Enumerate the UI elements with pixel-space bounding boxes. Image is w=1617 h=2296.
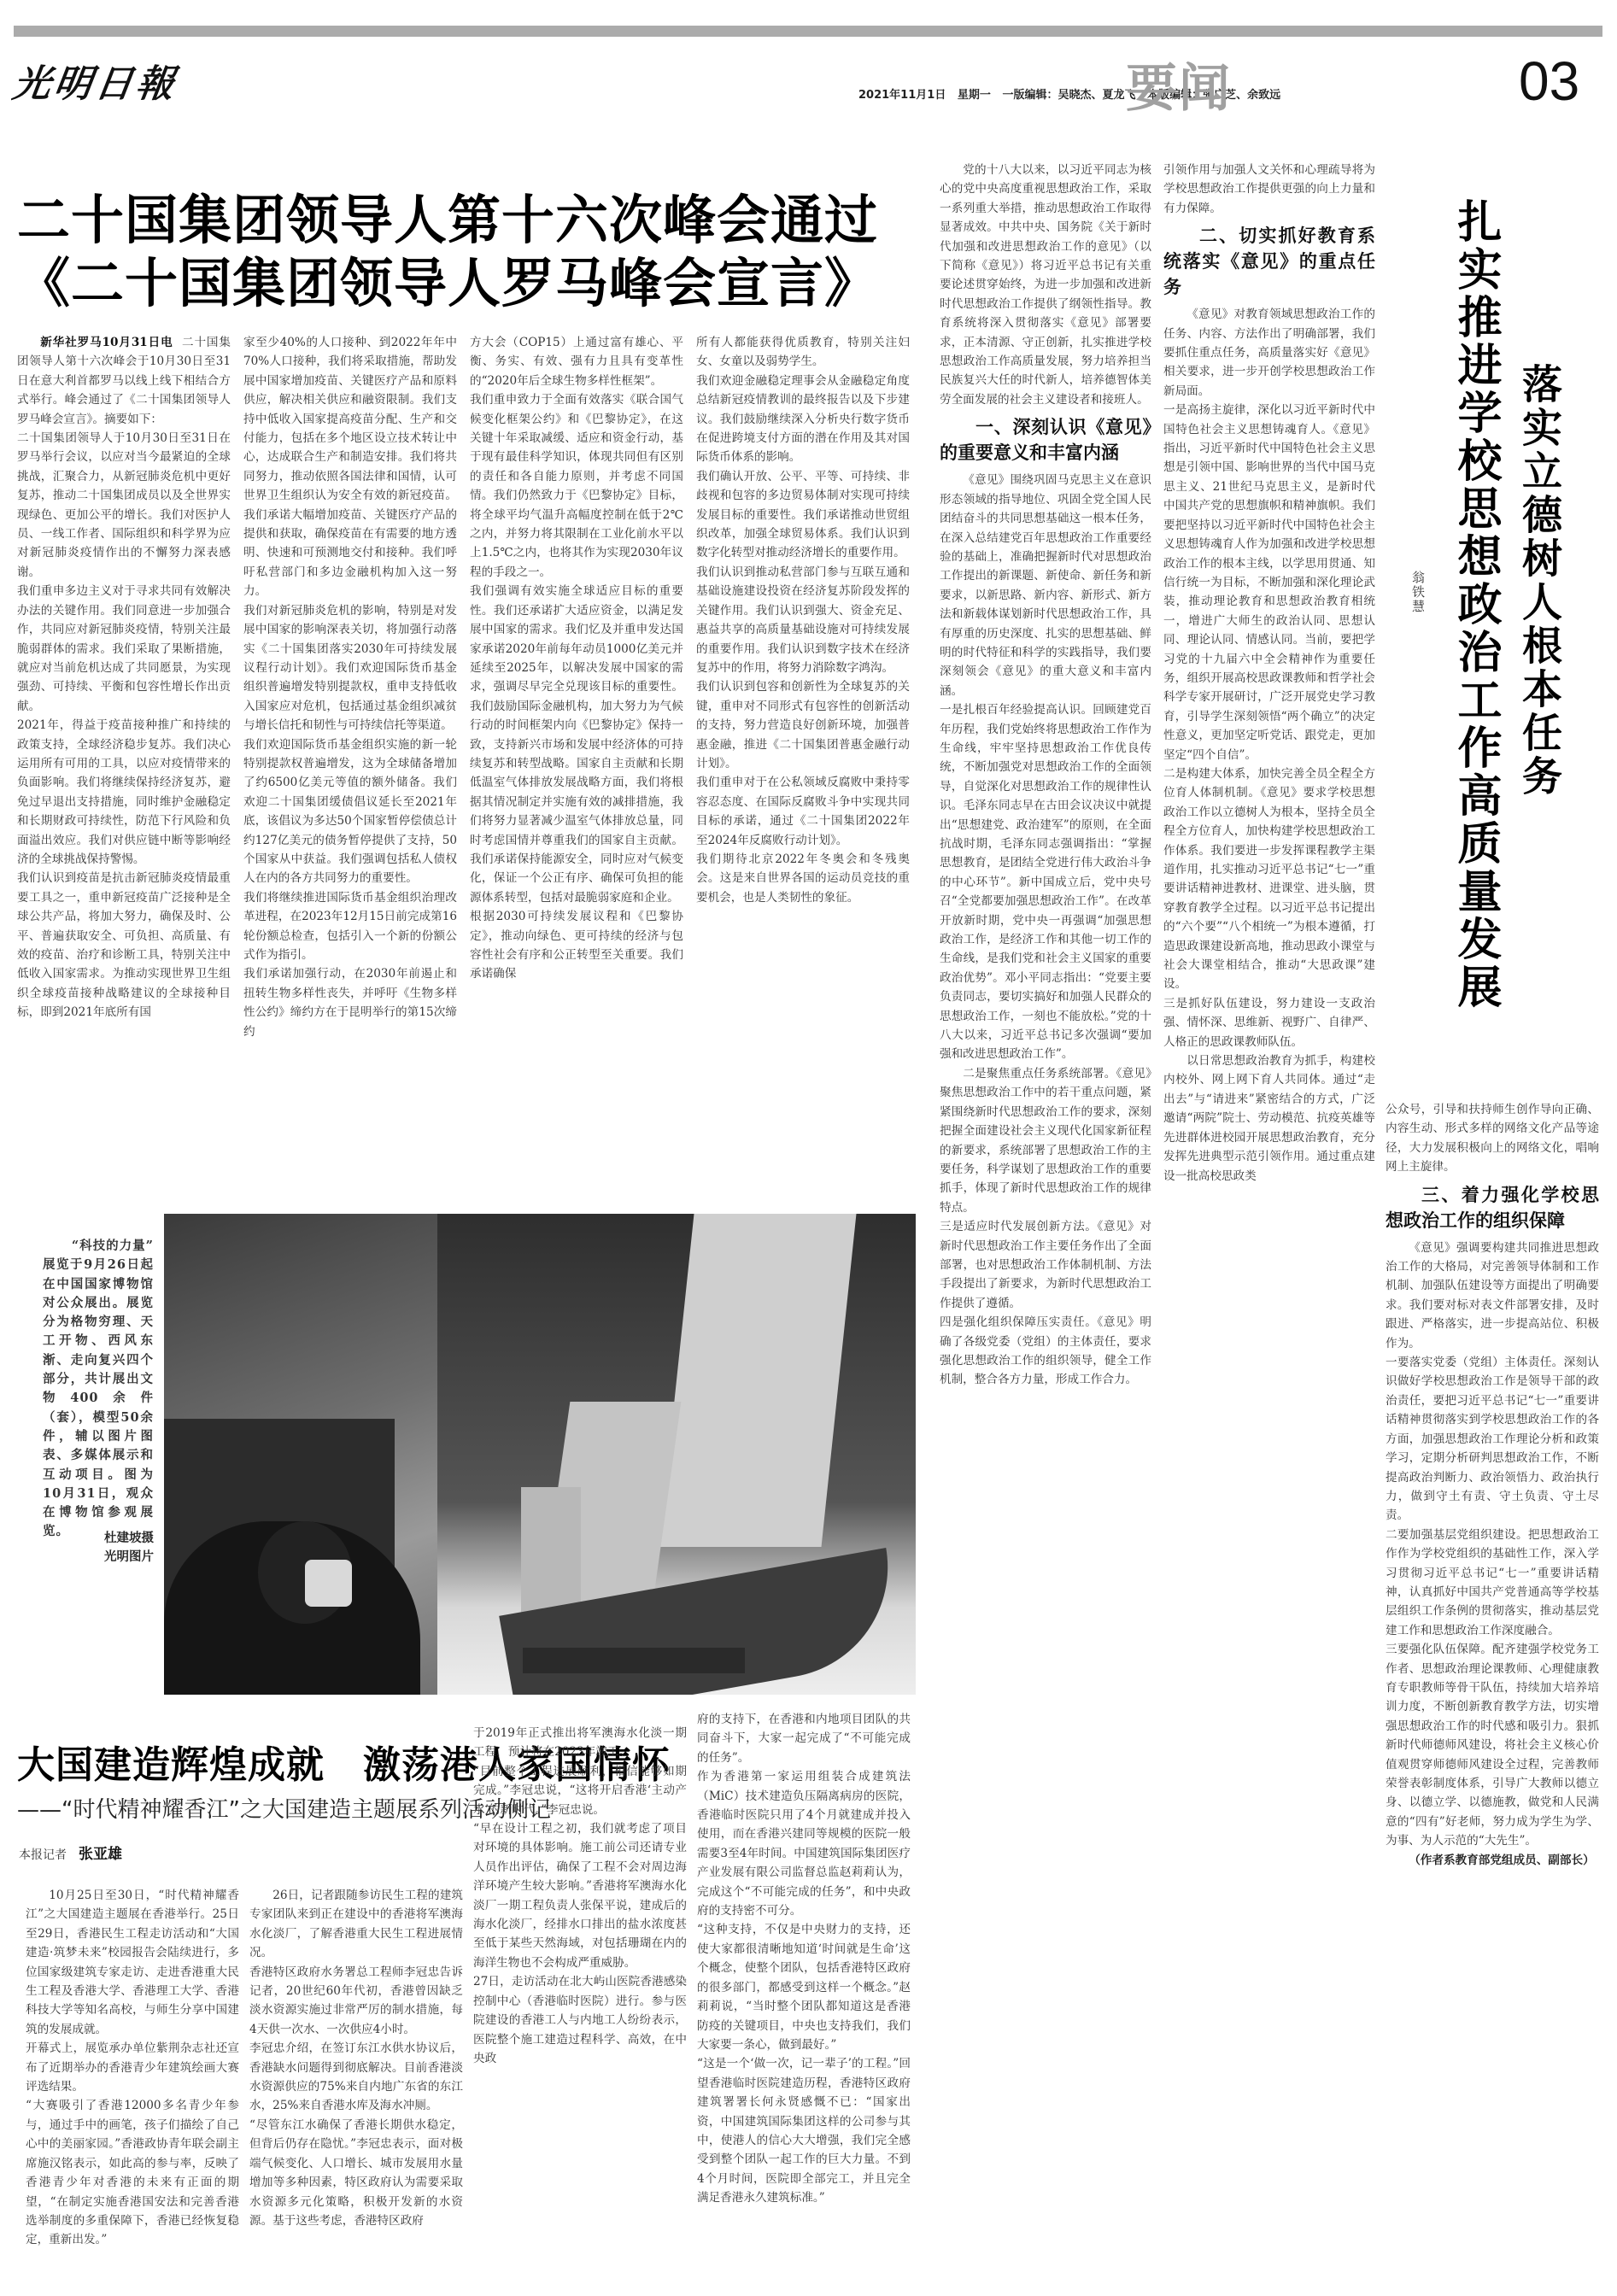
edu-column-1: 党的十八大以来，以习近平同志为核心的党中央高度重视思想政治工作，采取一系列重大举…	[940, 161, 1151, 2279]
issue-weekday: 星期一	[958, 89, 991, 102]
section-name: 要闻	[1126, 48, 1232, 121]
hk-column-text: 10月25日至30日，“时代精神耀香江”之大国建造主题展在香港举行。25日至29…	[26, 1886, 239, 2250]
edu-sub-title: 落实立德树人根本任务	[1510, 363, 1567, 799]
page-number: 03	[1519, 50, 1579, 113]
g20-dateline: 新华社罗马10月31日电	[40, 336, 173, 349]
edu-heading-2: 二、切实抓好教育系统落实《意见》的重点任务	[1163, 223, 1375, 300]
g20-column-text: 二十国集团领导人第十六次峰会于10月30日至31日在意大利首都罗马以线上线下相结…	[17, 336, 231, 1019]
hk-byline-name: 张亚雄	[79, 1846, 122, 1863]
photo-visitor-mask	[305, 1560, 352, 1607]
hk-column-1: 10月25日至30日，“时代精神耀香江”之大国建造主题展在香港举行。25日至29…	[26, 1886, 239, 2279]
edu-section-1-text: 《意见》围绕巩固马克思主义在意识形态领域的指导地位、巩固全党全国人民团结奋斗的共…	[940, 471, 1151, 1064]
edu-column-2: 引领作用与加强人文关怀和心理疏导将为学校思想政治工作提供更强的向上力量和有力保障…	[1163, 161, 1375, 2279]
edu-section-3-text: 《意见》强调要构建共同推进思想政治工作的大格局，对完善领导体制和工作机制、加强队…	[1386, 1239, 1599, 1851]
edu-author-note: （作者系教育部党组成员、副部长）	[1386, 1851, 1599, 1870]
hk-column-4: 府的支持下，在香港和内地项目团队的共同奋斗下，大家一起完成了“不可能完成的任务”…	[697, 1710, 911, 2279]
issue-date: 2021年11月1日	[858, 89, 946, 102]
edu-col2-top: 引领作用与加强人文关怀和心理疏导将为学校思想政治工作提供更强的向上力量和有力保障…	[1163, 161, 1375, 218]
photo-caption-body: 展览于9月26日起在中国国家博物馆对公众展出。展览分为格物穷理、天工开物、西风东…	[43, 1257, 154, 1538]
photo-ship-stand	[523, 1648, 745, 1673]
g20-headline-line2: 《二十国集团领导人罗马峰会宣言》	[17, 241, 878, 317]
edu-column-3: 公众号，引导和扶持师生创作导向正确、内容生动、形式多样的网络文化产品等途径，大力…	[1386, 1100, 1599, 2279]
photo-credit-photographer: 杜建坡摄	[77, 1529, 154, 1548]
masthead-top-rule	[14, 26, 1602, 37]
photo-credit: 杜建坡摄 光明图片	[77, 1529, 154, 1567]
hk-subheadline: ——“时代精神耀香江”之大国建造主题展系列活动侧记	[17, 1792, 551, 1824]
g20-column-text: 方大会（COP15）上通过富有雄心、平衡、务实、有效、强有力且具有变革性的“20…	[470, 333, 683, 984]
hk-column-2: 26日，记者跟随参访民生工程的建筑专家团队来到正在建设中的香港将军澳海水化淡厂，…	[249, 1886, 463, 2279]
g20-column-3: 方大会（COP15）上通过富有雄心、平衡、务实、有效、强有力且具有变革性的“20…	[470, 333, 683, 1204]
hk-column-text: 府的支持下，在香港和内地项目团队的共同奋斗下，大家一起完成了“不可能完成的任务”…	[697, 1710, 911, 2208]
edu-section-1-lower: 二是聚焦重点任务系统部署。《意见》聚焦思想政治工作中的若干重点问题，紧紧围绕新时…	[940, 1064, 1151, 1390]
newspaper-logo: 光明日報	[10, 53, 182, 108]
front-page-editors: 一版编辑：吴晓杰、夏龙飞	[1003, 89, 1136, 102]
photo-caption: “科技的力量” 展览于9月26日起在中国国家博物馆对公众展出。展览分为格物穷理、…	[43, 1237, 154, 1542]
edu-heading-3: 三、着力强化学校思想政治工作的组织保障	[1386, 1182, 1599, 1233]
g20-column-1: 新华社罗马10月31日电 二十国集团领导人第十六次峰会于10月30日至31日在意…	[17, 333, 231, 1204]
museum-ship-photo	[164, 1214, 916, 1695]
edu-col2-lower: 以日常思想政治教育为抓手，构建校内校外、网上网下育人共同体。通过“走出去”与“请…	[1163, 1051, 1375, 1186]
hk-byline: 本报记者张亚雄	[19, 1842, 122, 1863]
edu-author: 翁铁慧	[1409, 571, 1427, 614]
edu-col3-top: 公众号，引导和扶持师生创作导向正确、内容生动、形式多样的网络文化产品等途径，大力…	[1386, 1100, 1599, 1177]
g20-column-2: 家至少40%的人口接种、到2022年年中70%人口接种，我们将采取措施，帮助发展…	[243, 333, 457, 1204]
edu-intro: 党的十八大以来，以习近平同志为核心的党中央高度重视思想政治工作，采取一系列重大举…	[940, 161, 1151, 409]
hk-column-text: 26日，记者跟随参访民生工程的建筑专家团队来到正在建设中的香港将军澳海水化淡厂，…	[249, 1886, 463, 2230]
g20-column-4: 所有人都能获得优质教育，特别关注妇女、女童以及弱势学生。 我们欢迎金融稳定理事会…	[696, 333, 910, 1204]
photo-caption-title: “科技的力量”	[43, 1237, 154, 1256]
g20-column-text: 所有人都能获得优质教育，特别关注妇女、女童以及弱势学生。 我们欢迎金融稳定理事会…	[696, 333, 910, 907]
photo-credit-source: 光明图片	[77, 1548, 154, 1567]
hk-column-3: 于2019年正式推出将军澳海水化淡一期工程，预计将在2023年竣工。 “目前整个…	[473, 1724, 687, 2279]
g20-column-text: 家至少40%的人口接种、到2022年年中70%人口接种，我们将采取措施，帮助发展…	[243, 333, 457, 1041]
edu-section-2-text: 《意见》对教育领域思想政治工作的任务、内容、方法作出了明确部署，我们要抓住重点任…	[1163, 305, 1375, 1051]
edu-heading-1: 一、深刻认识《意见》的重要意义和丰富内涵	[940, 414, 1151, 466]
hk-column-text: 于2019年正式推出将军澳海水化淡一期工程，预计将在2023年竣工。 “目前整个…	[473, 1724, 687, 2068]
edu-main-title: 扎实推进学校思想政治工作高质量发展	[1444, 198, 1508, 1011]
hk-byline-label: 本报记者	[19, 1848, 67, 1862]
